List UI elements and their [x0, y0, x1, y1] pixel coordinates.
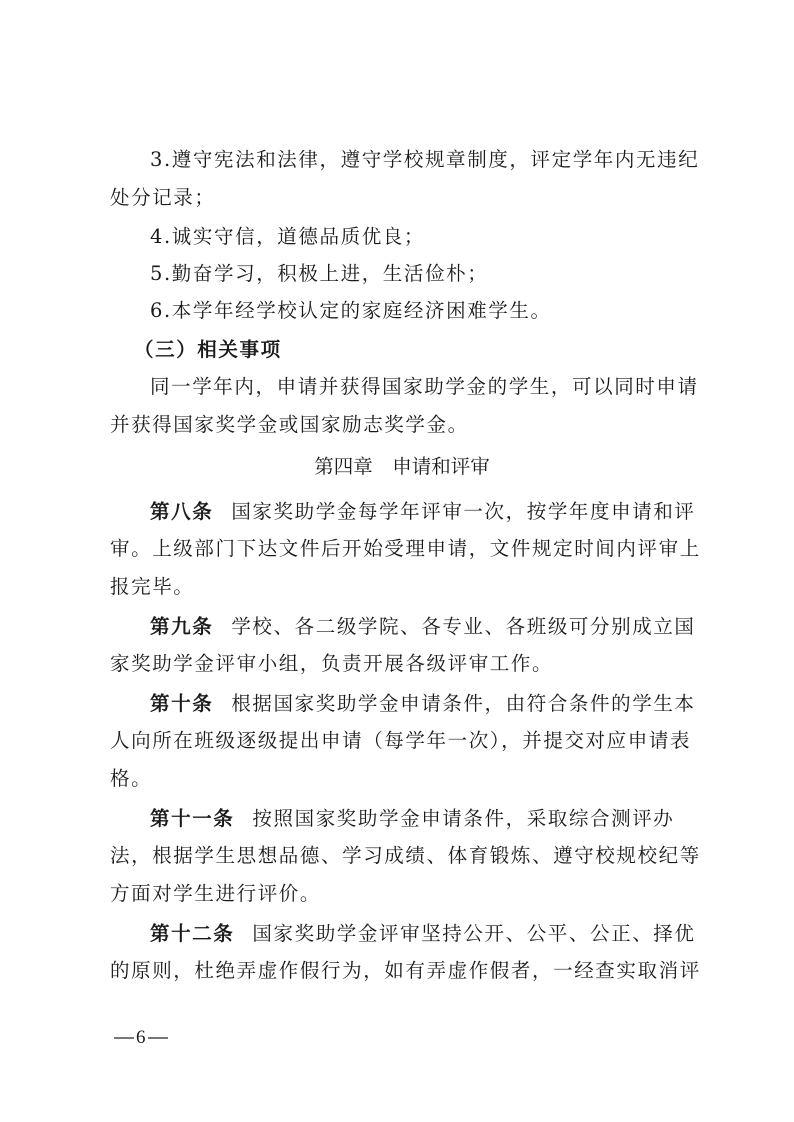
criteria-item-3: 3.遵守宪法和法律，遵守学校规章制度，评定学年内无违纪	[110, 148, 734, 172]
article-text: 按照国家奖助学金申请条件，采取综合测评办	[252, 807, 674, 830]
article-label: 第八条	[150, 500, 213, 523]
section-heading: （三）相关事项	[110, 338, 718, 362]
article-10-line-3: 格。	[110, 767, 694, 791]
article-10: 第十条根据国家奖助学金申请条件，由符合条件的学生本	[110, 692, 734, 716]
article-label: 第十二条	[150, 922, 234, 945]
dash-left	[114, 1037, 134, 1039]
chapter-title: 第四章 申请和评审	[110, 455, 694, 479]
article-8-line-2: 审。上级部门下达文件后开始受理申请，文件规定时间内评审上	[110, 537, 694, 561]
criteria-item-5: 5.勤奋学习，积极上进，生活俭朴；	[110, 262, 734, 286]
criteria-item-6: 6.本学年经学校认定的家庭经济困难学生。	[110, 299, 734, 323]
article-text: 根据国家奖助学金申请条件，由符合条件的学生本	[231, 692, 695, 715]
article-11-line-2: 法，根据学生思想品德、学习成绩、体育锻炼、遵守校规校纪等	[110, 844, 694, 868]
page-footer: 6	[114, 1027, 168, 1049]
article-text: 学校、各二级学院、各专业、各班级可分别成立国	[231, 615, 695, 638]
article-8: 第八条国家奖助学金每学年评审一次，按学年度申请和评	[110, 500, 734, 524]
article-8-line-3: 报完毕。	[110, 575, 694, 599]
criteria-item-4: 4.诚实守信，道德品质优良；	[110, 225, 734, 249]
article-11-line-3: 方面对学生进行评价。	[110, 882, 694, 906]
page-number: 6	[134, 1027, 148, 1049]
criteria-item-3-cont: 处分记录；	[110, 186, 694, 210]
article-label: 第十一条	[150, 807, 234, 830]
article-9-line-2: 家奖助学金评审小组，负责开展各级评审工作。	[110, 652, 694, 676]
dash-right	[148, 1037, 168, 1039]
article-12-line-2: 的原则，杜绝弄虚作假行为，如有弄虚作假者，一经查实取消评	[110, 959, 694, 983]
article-9: 第九条学校、各二级学院、各专业、各班级可分别成立国	[110, 615, 734, 639]
article-10-line-2: 人向所在班级逐级提出申请（每学年一次），并提交对应申请表	[110, 729, 694, 753]
article-text: 国家奖助学金评审坚持公开、公平、公正、择优	[252, 922, 695, 945]
section-paragraph-line-2: 并获得国家奖学金或国家励志奖学金。	[110, 413, 694, 437]
article-12: 第十二条国家奖助学金评审坚持公开、公平、公正、择优	[110, 922, 734, 946]
article-label: 第九条	[150, 615, 213, 638]
section-paragraph-line-1: 同一学年内，申请并获得国家助学金的学生，可以同时申请	[110, 375, 734, 399]
article-text: 国家奖助学金每学年评审一次，按学年度申请和评	[231, 500, 695, 523]
article-11: 第十一条按照国家奖助学金申请条件，采取综合测评办	[110, 807, 734, 831]
article-label: 第十条	[150, 692, 213, 715]
